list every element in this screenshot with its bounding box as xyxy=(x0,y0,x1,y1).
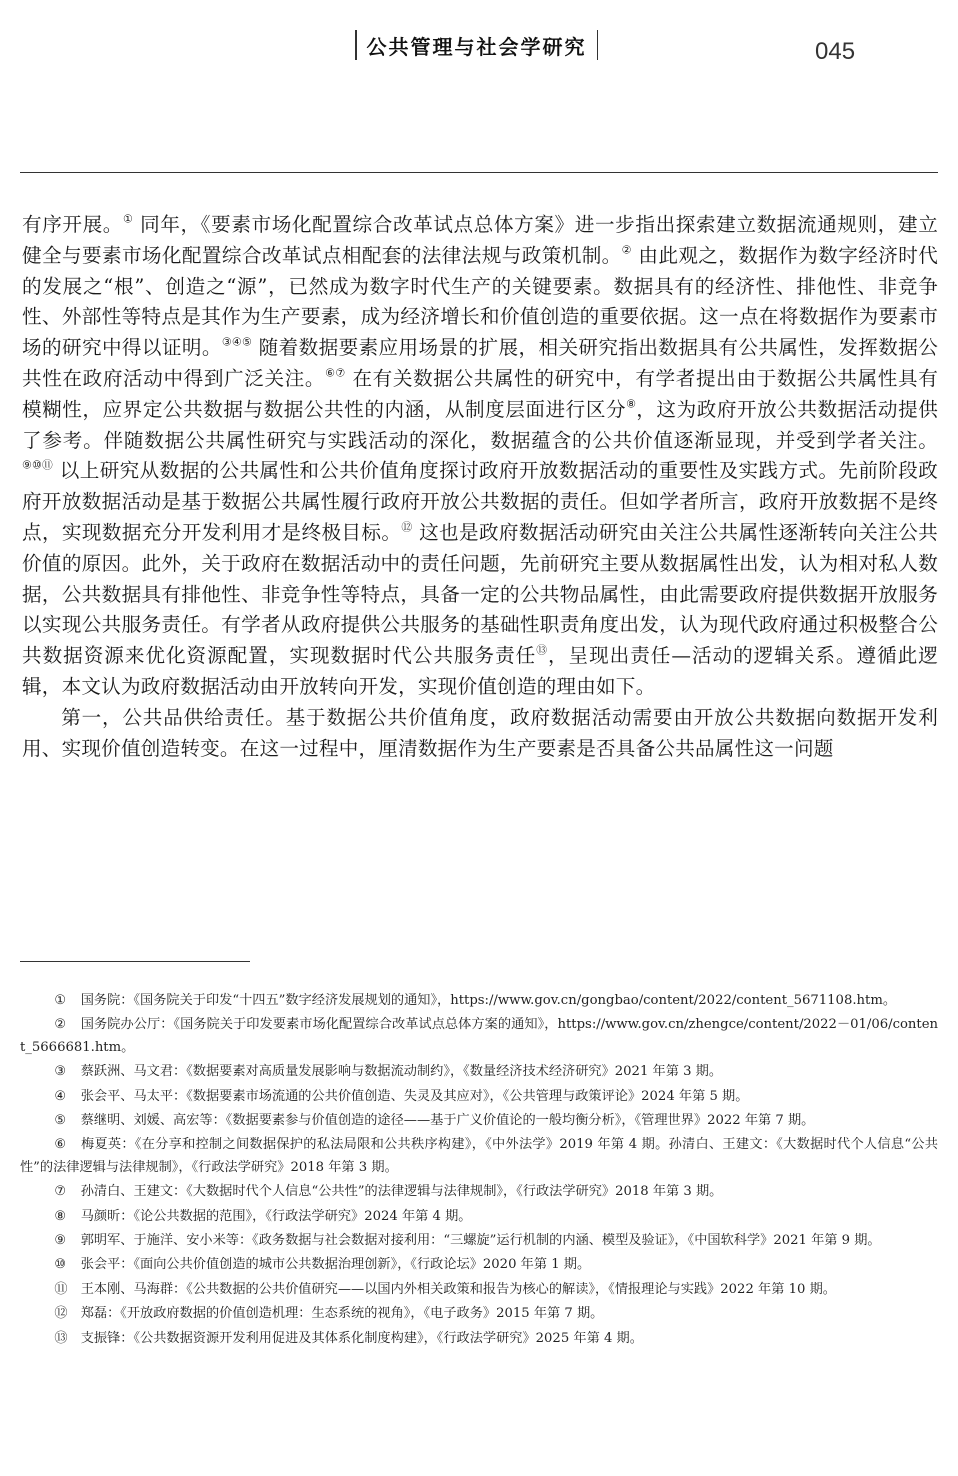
footnote-text: 国务院办公厅：《国务院关于印发要素市场化配置综合改革试点总体方案的通知》，htt… xyxy=(20,1017,938,1054)
footnote: ⑥梅夏英：《在分享和控制之间数据保护的私法局限和公共秩序构建》，《中外法学》20… xyxy=(20,1134,938,1179)
footnote-number: ④ xyxy=(54,1086,80,1108)
footnote: ⑬支振锋：《公共数据资源开发利用促进及其体系化制度构建》，《行政法学研究》202… xyxy=(20,1328,938,1350)
footnote-marker[interactable]: ③④⑤ xyxy=(222,336,252,349)
footnote-text: 梅夏英：《在分享和控制之间数据保护的私法局限和公共秩序构建》，《中外法学》201… xyxy=(20,1137,938,1174)
footnote: ⑫郑磊：《开放政府数据的价值创造机理：生态系统的视角》，《电子政务》2015 年… xyxy=(20,1303,938,1325)
footnote-marker[interactable]: ⑥⑦ xyxy=(325,366,346,379)
footnote-marker[interactable]: ① xyxy=(123,212,133,225)
footnote-number: ⑥ xyxy=(54,1134,80,1156)
footnote: ⑩张会平：《面向公共价值创造的城市公共数据治理创新》，《行政论坛》2020 年第… xyxy=(20,1254,938,1276)
footnote-number: ⑫ xyxy=(54,1303,80,1325)
footnote: ⑧马颜昕：《论公共数据的范围》，《行政法学研究》2024 年第 4 期。 xyxy=(20,1206,938,1228)
body-text: 有序开展。① 同年，《要素市场化配置综合改革试点总体方案》进一步指出探索建立数据… xyxy=(22,210,938,764)
journal-title: 公共管理与社会学研究 xyxy=(357,31,597,60)
footnote: ⑪王本刚、马海群：《公共数据的公共价值研究——以国内外相关政策和报告为核心的解读… xyxy=(20,1279,938,1301)
footnote-number: ⑤ xyxy=(54,1110,80,1132)
body-text-run: 有序开展。 xyxy=(22,213,123,236)
header-rule xyxy=(20,172,938,173)
body-paragraph: 有序开展。① 同年，《要素市场化配置综合改革试点总体方案》进一步指出探索建立数据… xyxy=(22,210,938,703)
footnote-text: 郭明军、于施洋、安小米等：《政务数据与社会数据对接利用：“三螺旋”运行机制的内涵… xyxy=(81,1233,881,1248)
footnote-text: 马颜昕：《论公共数据的范围》，《行政法学研究》2024 年第 4 期。 xyxy=(81,1209,472,1224)
footnote-text: 郑磊：《开放政府数据的价值创造机理：生态系统的视角》，《电子政务》2015 年第… xyxy=(81,1306,604,1321)
footnote: ⑦孙清白、王建文：《大数据时代个人信息“公共性”的法律逻辑与法律规制》，《行政法… xyxy=(20,1181,938,1203)
footnote: ③蔡跃洲、马文君：《数据要素对高质量发展影响与数据流动制约》，《数量经济技术经济… xyxy=(20,1061,938,1083)
footnote-number: ⑨ xyxy=(54,1230,80,1252)
footnotes: ①国务院：《国务院关于印发“十四五”数字经济发展规划的通知》，https://w… xyxy=(20,990,938,1352)
footnote-text: 孙清白、王建文：《大数据时代个人信息“公共性”的法律逻辑与法律规制》，《行政法学… xyxy=(81,1184,723,1199)
footnote: ⑨郭明军、于施洋、安小米等：《政务数据与社会数据对接利用：“三螺旋”运行机制的内… xyxy=(20,1230,938,1252)
body-paragraph: 第一，公共品供给责任。基于数据公共价值角度，政府数据活动需要由开放公共数据向数据… xyxy=(22,703,938,765)
footnote: ②国务院办公厅：《国务院关于印发要素市场化配置综合改革试点总体方案的通知》，ht… xyxy=(20,1014,938,1059)
footnote-marker[interactable]: ⑬ xyxy=(536,644,548,657)
footnote-number: ⑪ xyxy=(54,1279,80,1301)
footnote-text: 张会平：《面向公共价值创造的城市公共数据治理创新》，《行政论坛》2020 年第 … xyxy=(81,1257,590,1272)
footnote-text: 蔡跃洲、马文君：《数据要素对高质量发展影响与数据流动制约》，《数量经济技术经济研… xyxy=(81,1064,722,1079)
footnote-number: ② xyxy=(54,1014,80,1036)
footnote: ①国务院：《国务院关于印发“十四五”数字经济发展规划的通知》，https://w… xyxy=(20,990,938,1012)
footnote-number: ⑦ xyxy=(54,1181,80,1203)
footnote-marker[interactable]: ② xyxy=(622,243,632,256)
footnote: ④张会平、马太平：《数据要素市场流通的公共价值创造、失灵及其应对》，《公共管理与… xyxy=(20,1086,938,1108)
footnote-text: 国务院：《国务院关于印发“十四五”数字经济发展规划的通知》，https://ww… xyxy=(81,993,896,1008)
footnote-number: ① xyxy=(54,990,80,1012)
footnote-marker[interactable]: ⑫ xyxy=(401,520,412,533)
footnote-text: 王本刚、马海群：《公共数据的公共价值研究——以国内外相关政策和报告为核心的解读》… xyxy=(81,1282,836,1297)
running-head: 公共管理与社会学研究 xyxy=(355,30,598,60)
footnote-number: ③ xyxy=(54,1061,80,1083)
footnote-text: 蔡继明、刘媛、高宏等：《数据要素参与价值创造的途径——基于广义价值论的一般均衡分… xyxy=(81,1113,815,1128)
footnote-number: ⑩ xyxy=(54,1254,80,1276)
footnote-marker[interactable]: ⑨⑩⑪ xyxy=(22,459,53,472)
footnote-number: ⑬ xyxy=(54,1328,80,1350)
body-text-run: 第一，公共品供给责任。基于数据公共价值角度，政府数据活动需要由开放公共数据向数据… xyxy=(22,706,938,760)
footnote-text: 支振锋：《公共数据资源开发利用促进及其体系化制度构建》，《行政法学研究》2025… xyxy=(81,1331,643,1346)
footnote-number: ⑧ xyxy=(54,1206,80,1228)
footnote: ⑤蔡继明、刘媛、高宏等：《数据要素参与价值创造的途径——基于广义价值论的一般均衡… xyxy=(20,1110,938,1132)
footnote-text: 张会平、马太平：《数据要素市场流通的公共价值创造、失灵及其应对》，《公共管理与政… xyxy=(81,1089,749,1104)
footnote-separator xyxy=(20,961,250,962)
page-number: 045 xyxy=(815,38,855,66)
footnote-marker[interactable]: ⑧ xyxy=(626,397,636,410)
header-divider-right xyxy=(597,30,599,60)
